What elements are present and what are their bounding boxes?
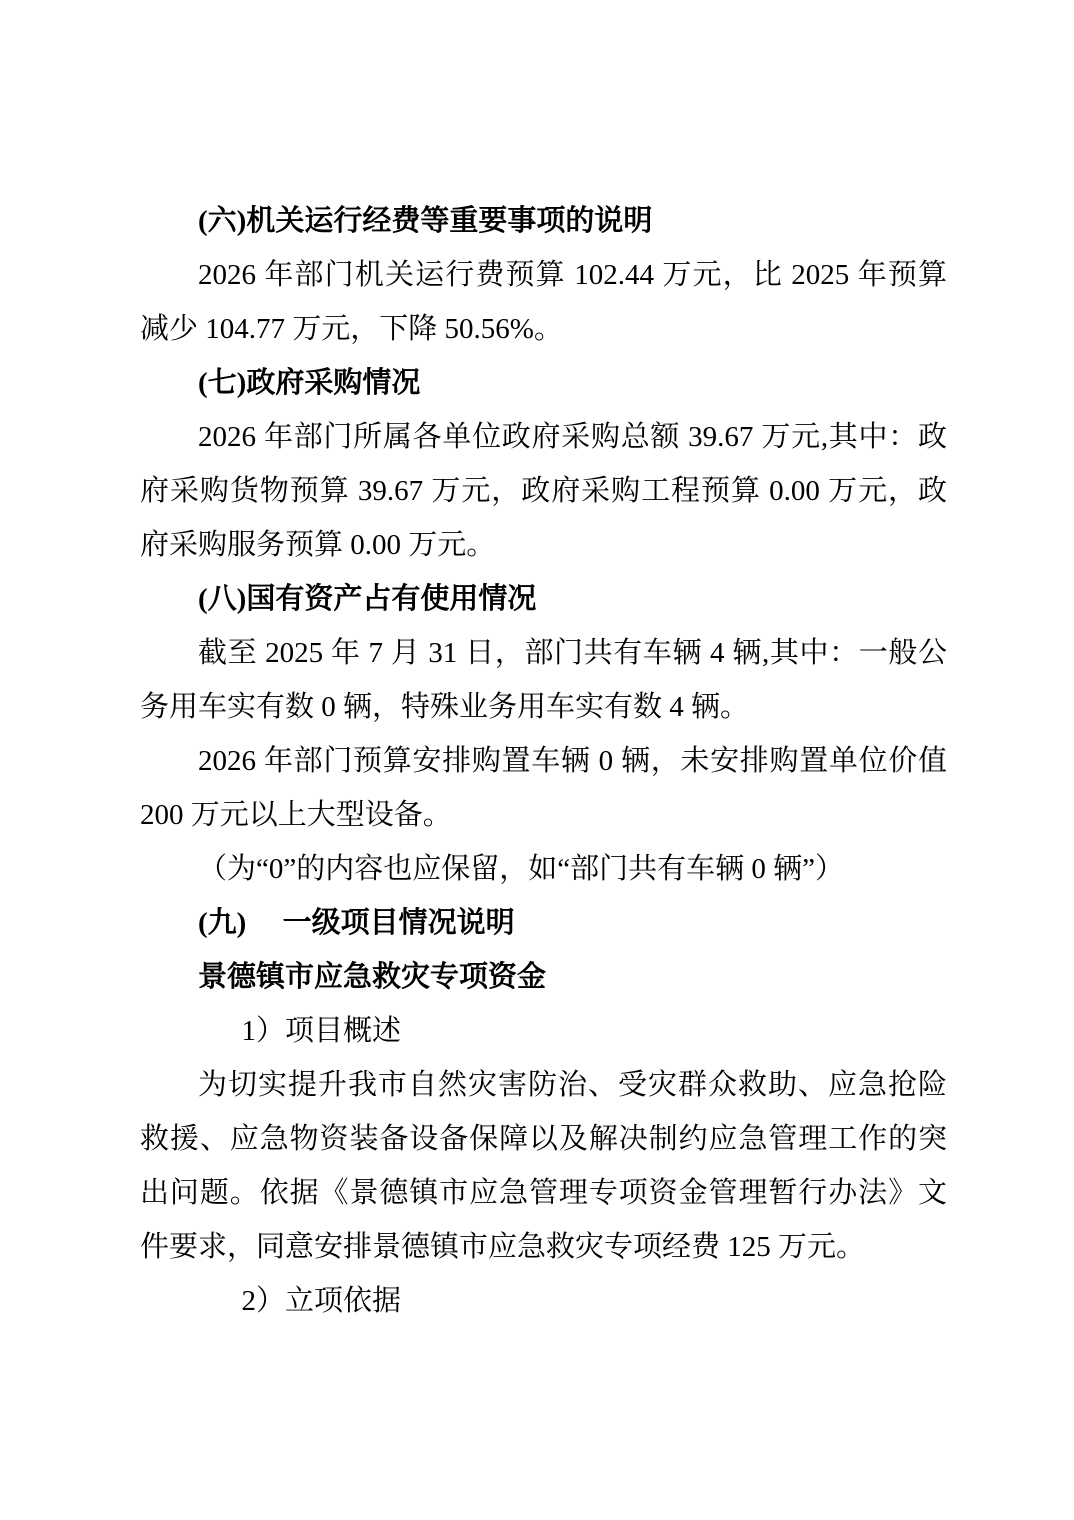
project-title-emergency-relief-fund: 景德镇市应急救灾专项资金 <box>140 950 947 1004</box>
paragraph-procurement-budget: 2026 年部门所属各单位政府采购总额 39.67 万元,其中：政府采购货物预算… <box>140 410 947 572</box>
subitem-1-project-overview: 1）项目概述 <box>140 1004 947 1058</box>
document-page: (六)机关运行经费等重要事项的说明 2026 年部门机关运行费预算 102.44… <box>0 0 1074 1520</box>
section-heading-8-state-owned-assets: (八)国有资产占有使用情况 <box>140 572 947 626</box>
paragraph-operating-expense-budget: 2026 年部门机关运行费预算 102.44 万元，比 2025 年预算减少 1… <box>140 248 947 356</box>
paragraph-zero-value-note: （为“0”的内容也应保留，如“部门共有车辆 0 辆”） <box>140 842 947 896</box>
subitem-2-project-basis: 2）立项依据 <box>140 1274 947 1328</box>
section-heading-6-agency-operating-expenses: (六)机关运行经费等重要事项的说明 <box>140 194 947 248</box>
section-heading-9-first-level-projects: (九) 一级项目情况说明 <box>140 896 947 950</box>
paragraph-vehicle-purchase-plan: 2026 年部门预算安排购置车辆 0 辆，未安排购置单位价值 200 万元以上大… <box>140 734 947 842</box>
section-heading-7-government-procurement: (七)政府采购情况 <box>140 356 947 410</box>
paragraph-project-overview-detail: 为切实提升我市自然灾害防治、受灾群众救助、应急抢险救援、应急物资装备设备保障以及… <box>140 1058 947 1274</box>
paragraph-vehicle-holdings: 截至 2025 年 7 月 31 日，部门共有车辆 4 辆,其中：一般公务用车实… <box>140 626 947 734</box>
